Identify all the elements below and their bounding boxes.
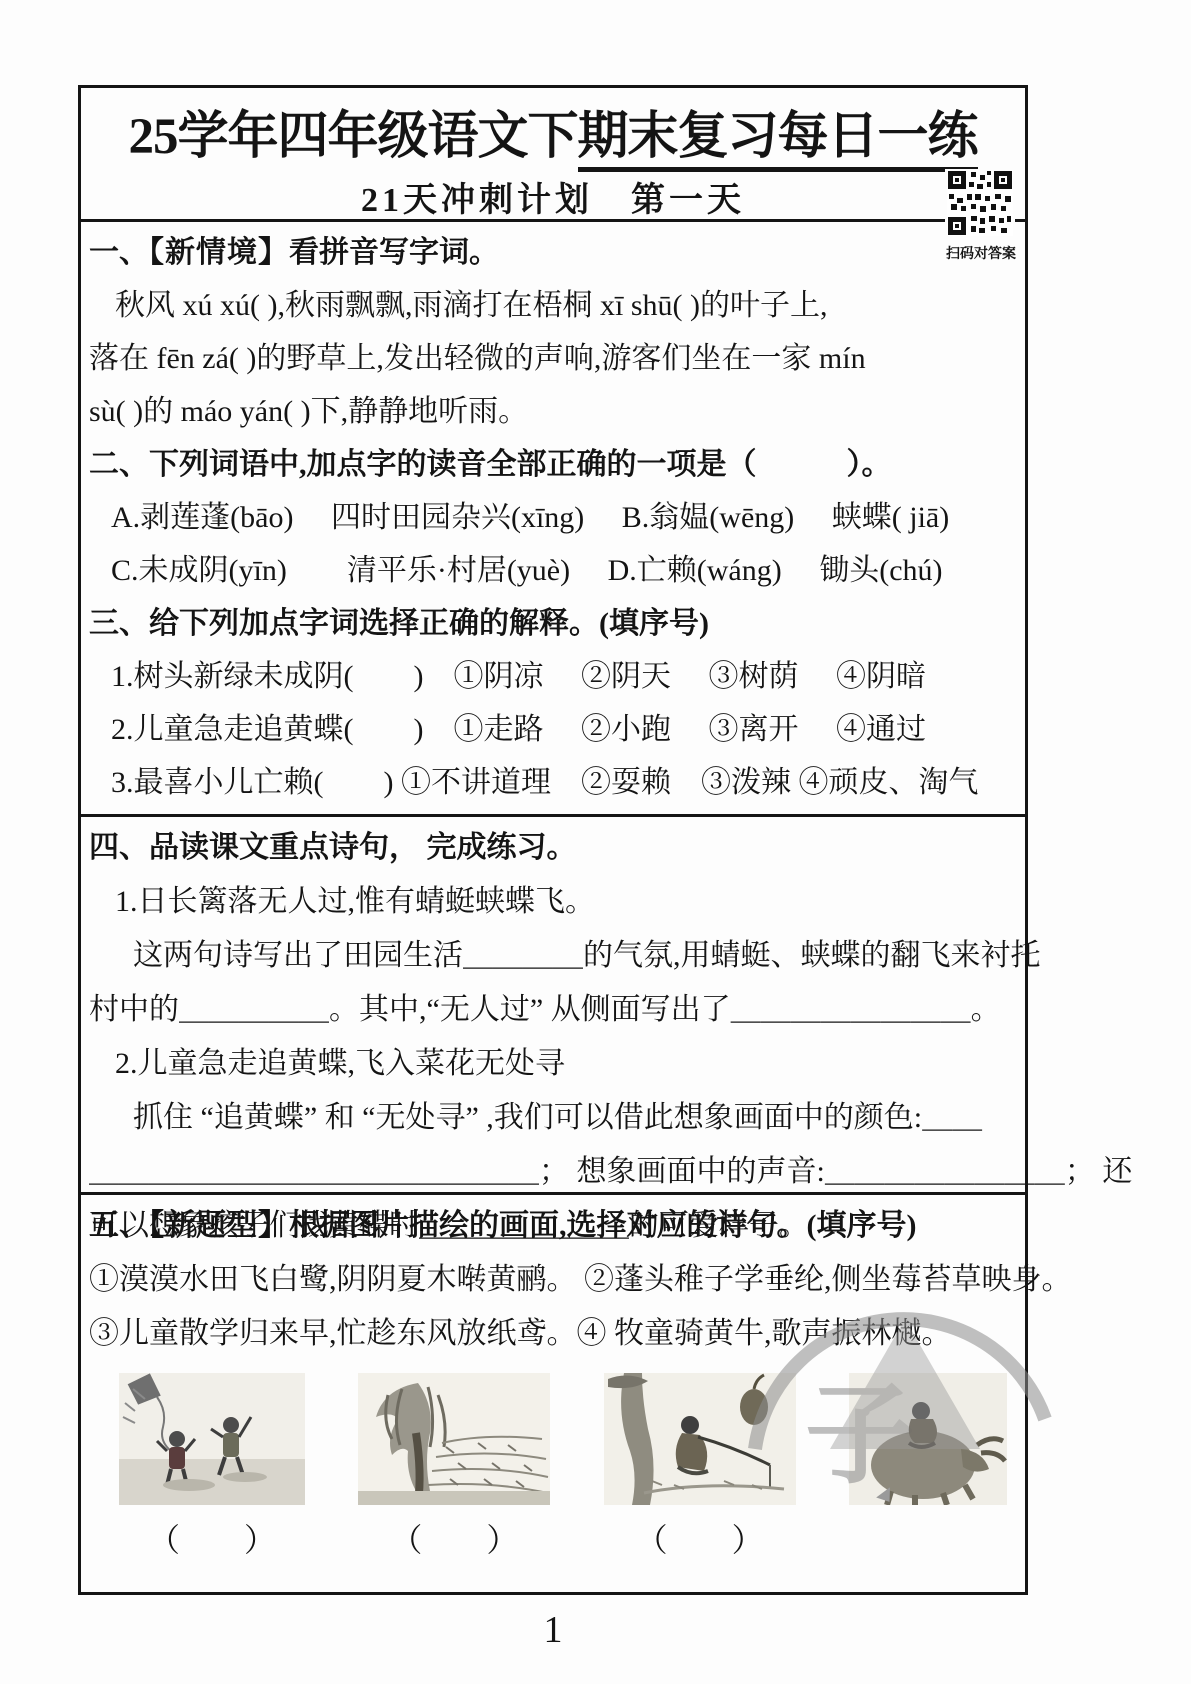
- fill-blank-line: ＿＿＿＿＿＿＿＿＿＿＿＿＿＿＿； 想象画面中的声音:＿＿＿＿＿＿＿＿； 还: [89, 1145, 1017, 1199]
- answer-blank: （ ）: [119, 1513, 305, 1567]
- poem-line: 2.儿童急走追黄蝶,飞入菜花无处寻: [89, 1037, 1017, 1091]
- worksheet-page: 25学年四年级语文下期末复习每日一练 21天冲刺计划 第一天: [0, 0, 1191, 1684]
- qr-code-icon: [947, 170, 1013, 236]
- section3-number: 三、: [89, 607, 149, 640]
- answer-paren-row: （ ） （ ） （ ）: [89, 1505, 1017, 1567]
- fill-blank-line: 这两句诗写出了田园生活＿＿＿＿的气氛,用蜻蜓、蛱蝶的翻飞来衬托: [89, 929, 1017, 983]
- section-four: 四、品读课文重点诗句， 完成练习。 1.日长篱落无人过,惟有蜻蜓蛱蝶飞。 这两句…: [81, 814, 1025, 1192]
- section5-title: 根据图片描绘的画面,选择对应的诗句。(填序号): [289, 1209, 916, 1242]
- child-fishing-illustration: [604, 1373, 796, 1505]
- fill-blank-line: 村中的＿＿＿＿＿。其中,“无人过” 从侧面写出了＿＿＿＿＿＿＿＿。: [89, 983, 1017, 1037]
- answer-blank-empty: [849, 1513, 1007, 1567]
- section1-title: 看拼音写字词。: [289, 236, 499, 269]
- choice-line-cd: C.未成阴(yīn) 清平乐·村居(yuè) D.亡赖(wáng) 锄头(chú…: [89, 544, 1017, 597]
- pinyin-line: 落在 fēn zá( )的野草上,发出轻微的声响,游客们坐在一家 mín: [89, 332, 1017, 385]
- section5-heading: 五、【新题型】根据图片描绘的画面,选择对应的诗句。(填序号): [89, 1199, 1017, 1253]
- poem-line: 1.日长篱落无人过,惟有蜻蜓蛱蝶飞。: [89, 875, 1017, 929]
- definition-item: 3.最喜小儿亡赖( ) ①不讲道理 ②耍赖 ③泼辣 ④顽皮、淘气: [89, 756, 1017, 809]
- section4-heading: 四、品读课文重点诗句， 完成练习。: [89, 821, 1017, 875]
- section5-number: 五、: [89, 1209, 149, 1242]
- section-five: 五、【新题型】根据图片描绘的画面,选择对应的诗句。(填序号) ①漠漠水田飞白鹭,…: [81, 1192, 1025, 1589]
- section2-heading: 二、下列词语中,加点字的读音全部正确的一项是（ ）。: [89, 438, 1017, 491]
- page-title: 25学年四年级语文下期末复习每日一练: [81, 88, 1025, 168]
- definition-item: 1.树头新绿未成阴( ) ①阴凉 ②阴天 ③树荫 ④阴暗: [89, 650, 1017, 703]
- section4-title: 品读课文重点诗句， 完成练习。: [149, 831, 577, 864]
- boy-riding-buffalo-illustration: [849, 1373, 1007, 1505]
- page-title-underlined: 期末复习每日一练: [578, 109, 978, 172]
- willow-tree-and-paddies-illustration: [358, 1373, 550, 1505]
- illustration-row: [89, 1361, 1017, 1505]
- section1-number: 一、: [89, 236, 149, 269]
- worksheet-header: 25学年四年级语文下期末复习每日一练 21天冲刺计划 第一天: [81, 88, 1025, 222]
- section1-heading: 一、【新情境】看拼音写字词。: [89, 226, 1017, 279]
- children-flying-kite-illustration: [119, 1373, 305, 1505]
- poem-option-line: ①漠漠水田飞白鹭,阴阴夏木啭黄鹂。 ②蓬头稚子学垂纶,侧坐莓苔草映身。: [89, 1253, 1017, 1307]
- qr-code-block: 扫码对答案: [945, 169, 1015, 264]
- answer-blank: （ ）: [358, 1513, 550, 1567]
- fill-blank-line: 抓住 “追黄蝶” 和 “无处寻” ,我们可以借此想象画面中的颜色:＿＿: [89, 1091, 1017, 1145]
- page-subtitle: 21天冲刺计划 第一天: [81, 172, 1025, 221]
- answer-blank: （ ）: [604, 1513, 796, 1567]
- pinyin-line: 秋风 xú xú( ),秋雨飘飘,雨滴打在梧桐 xī shū( )的叶子上,: [89, 279, 1017, 332]
- section2-title: 下列词语中,加点字的读音全部正确的一项是（ ）。: [149, 448, 892, 481]
- section3-title: 给下列加点字词选择正确的解释。(填序号): [149, 607, 709, 640]
- section4-number: 四、: [89, 831, 149, 864]
- section1-tag: 【新情境】: [149, 236, 289, 269]
- section2-number: 二、: [89, 448, 149, 481]
- page-title-plain: 25学年四年级语文下: [128, 109, 577, 165]
- qr-caption: 扫码对答案: [946, 243, 1014, 263]
- choice-line-ab: A.剥莲蓬(bāo) 四时田园杂兴(xīng) B.翁媪(wēng) 蛱蝶( j…: [89, 491, 1017, 544]
- section3-heading: 三、给下列加点字词选择正确的解释。(填序号): [89, 597, 1017, 650]
- page-number: 1: [78, 1608, 1028, 1652]
- pinyin-line: sù( )的 máo yán( )下,静静地听雨。: [89, 385, 1017, 438]
- worksheet-border-box: 25学年四年级语文下期末复习每日一练 21天冲刺计划 第一天: [78, 85, 1028, 1595]
- sections-one-two-three: 一、【新情境】看拼音写字词。 秋风 xú xú( ),秋雨飘飘,雨滴打在梧桐 x…: [81, 222, 1025, 814]
- poem-option-line: ③儿童散学归来早,忙趁东风放纸鸢。④ 牧童骑黄牛,歌声振林樾。: [89, 1307, 1017, 1361]
- definition-item: 2.儿童急走追黄蝶( ) ①走路 ②小跑 ③离开 ④通过: [89, 703, 1017, 756]
- section5-tag: 【新题型】: [149, 1209, 289, 1242]
